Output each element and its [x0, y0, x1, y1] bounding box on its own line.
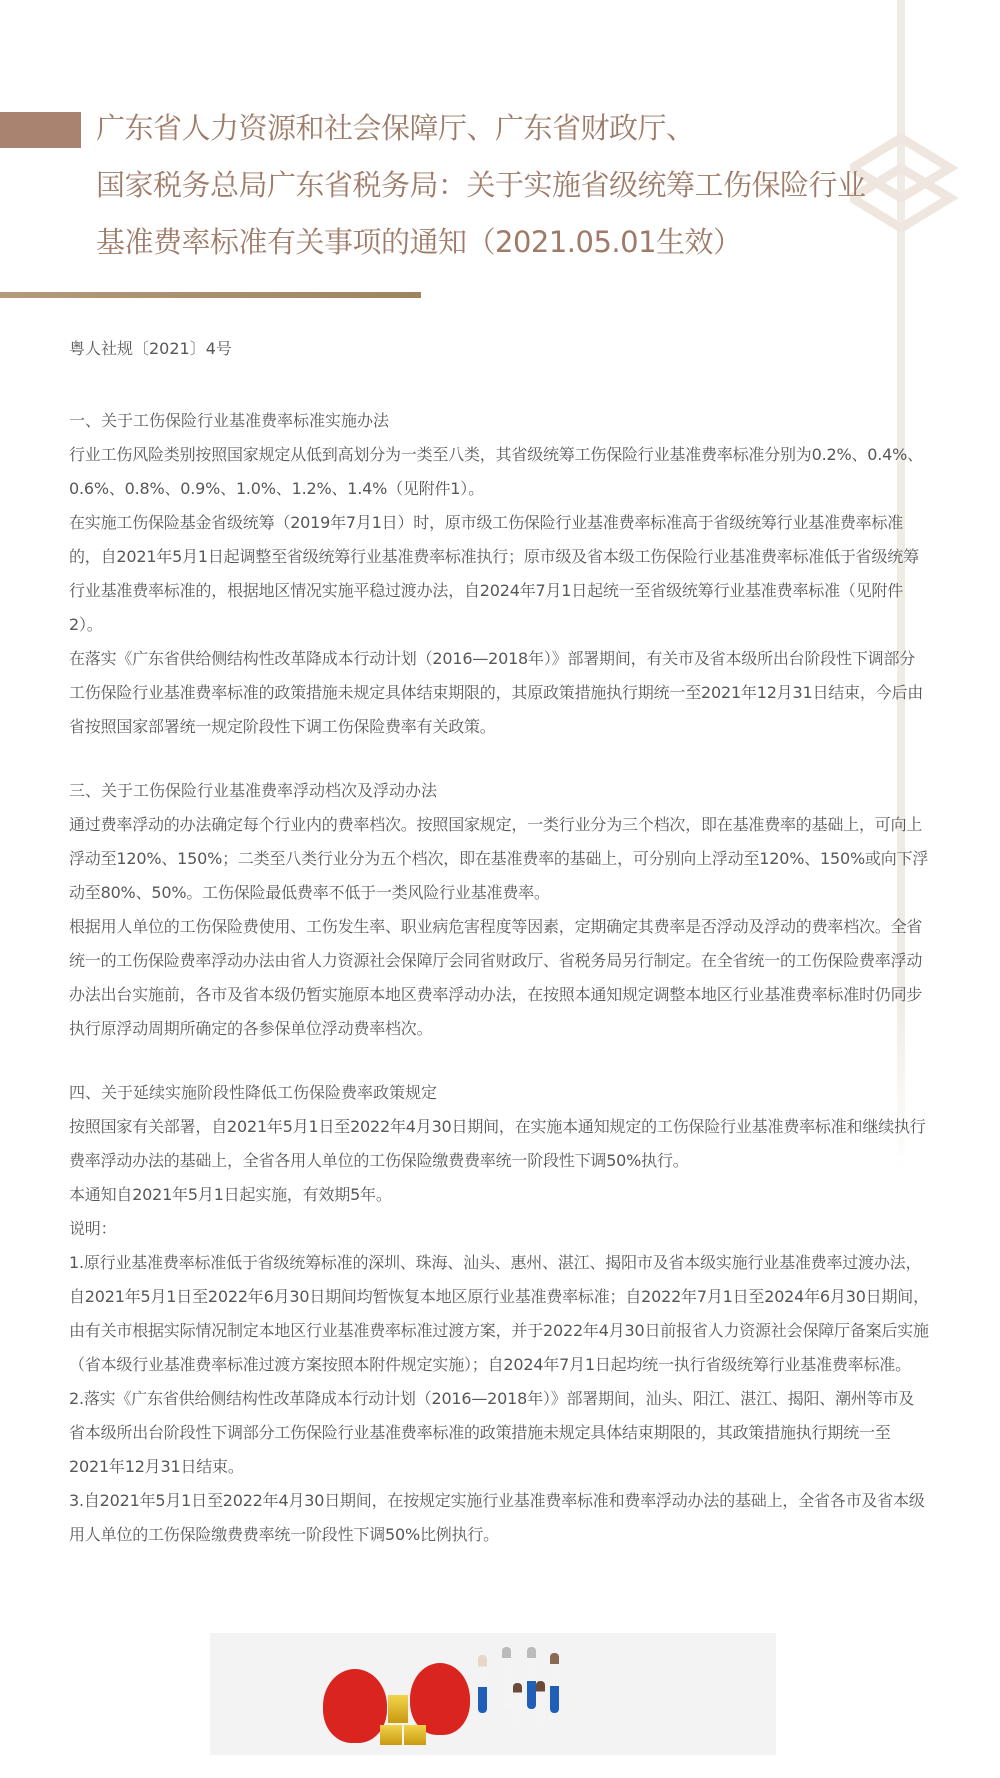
section-title: 一、关于工伤保险行业基准费率标准实施办法: [69, 404, 929, 438]
figurine-icon: [527, 1647, 536, 1709]
section-title: 三、关于工伤保险行业基准费率浮动档次及浮动办法: [69, 774, 929, 808]
title-line: 广东省人力资源和社会保障厅、广东省财政厅、: [96, 100, 866, 157]
document-body: 粤人社规〔2021〕4号 一、关于工伤保险行业基准费率标准实施办法 行业工伤风险…: [69, 334, 929, 1552]
notes-label: 说明：: [69, 1212, 929, 1246]
figurine-icon: [550, 1653, 559, 1713]
paragraph: 根据用人单位的工伤保险费使用、工伤发生率、职业病危害程度等因素，定期确定其费率是…: [69, 910, 929, 1046]
banner-image: [210, 1633, 776, 1755]
title-line: 国家税务总局广东省税务局：关于实施省级统筹工伤保险行业: [96, 157, 866, 214]
paragraph: 在实施工伤保险基金省级统筹（2019年7月1日）时，原市级工伤保险行业基准费率标…: [69, 506, 929, 642]
title-line: 基准费率标准有关事项的通知（2021.05.01生效）: [96, 214, 866, 271]
decorative-diamond-icon: [850, 130, 960, 240]
section-4: 四、关于延续实施阶段性降低工伤保险费率政策规定 按照国家有关部署，自2021年5…: [69, 1076, 929, 1552]
gold-bar-icon: [388, 1695, 408, 1723]
paragraph: 在落实《广东省供给侧结构性改革降成本行动计划（2016—2018年）》部署期间，…: [69, 642, 929, 744]
title-accent-block: [0, 112, 81, 148]
note-item: 3.自2021年5月1日至2022年4月30日期间，在按规定实施行业基准费率标准…: [69, 1484, 929, 1552]
paragraph: 行业工伤风险类别按照国家规定从低到高划分为一类至八类，其省级统筹工伤保险行业基准…: [69, 438, 929, 506]
figurine-icon: [536, 1681, 545, 1729]
document-number: 粤人社规〔2021〕4号: [69, 334, 929, 364]
section-1: 一、关于工伤保险行业基准费率标准实施办法 行业工伤风险类别按照国家规定从低到高划…: [69, 404, 929, 744]
figurine-icon: [478, 1655, 487, 1713]
figurine-icon: [502, 1647, 511, 1709]
gold-bar-icon: [380, 1725, 402, 1745]
paragraph: 通过费率浮动的办法确定每个行业内的费率档次。按照国家规定，一类行业分为三个档次，…: [69, 808, 929, 910]
page-title: 广东省人力资源和社会保障厅、广东省财政厅、 国家税务总局广东省税务局：关于实施省…: [96, 100, 866, 271]
paragraph: 本通知自2021年5月1日起实施，有效期5年。: [69, 1178, 929, 1212]
title-underline-rule: [0, 292, 421, 298]
section-title: 四、关于延续实施阶段性降低工伤保险费率政策规定: [69, 1076, 929, 1110]
figurine-icon: [513, 1683, 522, 1727]
gold-bar-icon: [404, 1725, 426, 1745]
note-item: 2.落实《广东省供给侧结构性改革降成本行动计划（2016—2018年）》部署期间…: [69, 1382, 929, 1484]
red-heart-icon: [323, 1669, 387, 1743]
note-item: 1.原行业基准费率标准低于省级统筹标准的深圳、珠海、汕头、惠州、湛江、揭阳市及省…: [69, 1246, 929, 1382]
paragraph: 按照国家有关部署，自2021年5月1日至2022年4月30日期间，在实施本通知规…: [69, 1110, 929, 1178]
section-3: 三、关于工伤保险行业基准费率浮动档次及浮动办法 通过费率浮动的办法确定每个行业内…: [69, 774, 929, 1046]
